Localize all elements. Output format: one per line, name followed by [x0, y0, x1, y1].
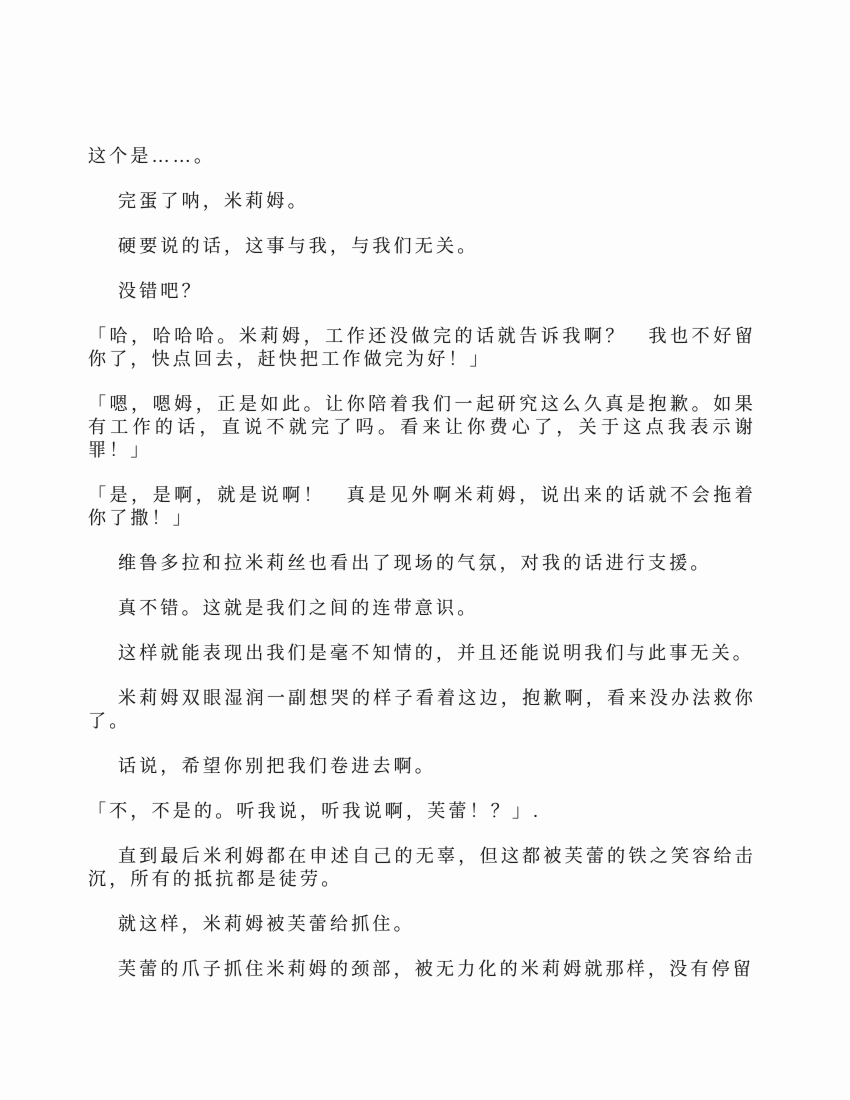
paragraph-15: 就这样，米莉姆被芙蕾给抓住。: [88, 913, 756, 936]
paragraph-12: 话说，希望你别把我们卷进去啊。: [88, 755, 756, 778]
novel-text-body: 这个是……。 完蛋了呐，米莉姆。 硬要说的话，这事与我，与我们无关。 没错吧？ …: [88, 145, 756, 981]
paragraph-6-dialogue: 「嗯，嗯姆，正是如此。让你陪着我们一起研究这么久真是抱歉。如果有工作的话，直说不…: [88, 393, 756, 462]
paragraph-2: 完蛋了呐，米莉姆。: [88, 190, 756, 213]
paragraph-8: 维鲁多拉和拉米莉丝也看出了现场的气氛，对我的话进行支援。: [88, 552, 756, 575]
paragraph-16: 芙蕾的爪子抓住米莉姆的颈部，被无力化的米莉姆就那样，没有停留: [88, 958, 756, 981]
paragraph-1: 这个是……。: [88, 145, 756, 168]
paragraph-9: 真不错。这就是我们之间的连带意识。: [88, 597, 756, 620]
paragraph-4: 没错吧？: [88, 280, 756, 303]
paragraph-10: 这样就能表现出我们是毫不知情的，并且还能说明我们与此事无关。: [88, 642, 756, 665]
paragraph-13-dialogue: 「不，不是的。听我说，听我说啊，芙蕾！？」.: [88, 800, 756, 823]
paragraph-7-dialogue: 「是，是啊，就是说啊！ 真是见外啊米莉姆，说出来的话就不会拖着你了撒！」: [88, 484, 756, 530]
paragraph-3: 硬要说的话，这事与我，与我们无关。: [88, 235, 756, 258]
novel-page: 这个是……。 完蛋了呐，米莉姆。 硬要说的话，这事与我，与我们无关。 没错吧？ …: [0, 0, 850, 1100]
paragraph-14: 直到最后米利姆都在申述自己的无辜，但这都被芙蕾的铁之笑容给击沉，所有的抵抗都是徒…: [88, 845, 756, 891]
paragraph-11: 米莉姆双眼湿润一副想哭的样子看着这边，抱歉啊，看来没办法救你了。: [88, 687, 756, 733]
paragraph-5-dialogue: 「哈，哈哈哈。米莉姆，工作还没做完的话就告诉我啊？ 我也不好留你了，快点回去，赶…: [88, 325, 756, 371]
